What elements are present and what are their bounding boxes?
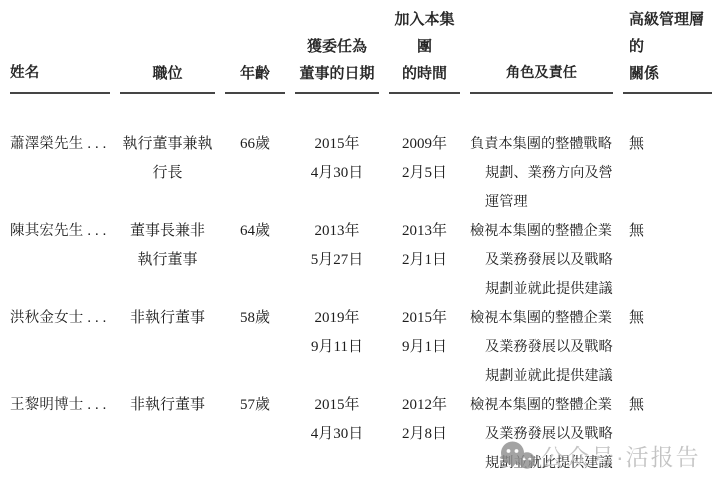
cell-relationship: 無	[623, 130, 712, 159]
cell-relationship: 無	[623, 304, 712, 333]
cell-role: 檢視本集團的整體企業 及業務發展以及戰略 規劃並就此提供建議	[470, 391, 613, 478]
table-header: 姓名 職位 年齡 獲委任為 董事的日期 加入本集團 的時間 角色及責任 與其他董…	[0, 10, 728, 94]
document-page: 姓名 職位 年齡 獲委任為 董事的日期 加入本集團 的時間 角色及責任 與其他董…	[0, 0, 728, 486]
cell-role: 負責本集團的整體戰略 規劃、業務方向及營 運管理	[470, 130, 613, 217]
cell-appointed-date: 2015年 4月30日	[295, 391, 379, 449]
table-row: 王黎明博士 . . . 非執行董事 57歲 2015年 4月30日 2012年 …	[0, 391, 728, 478]
cell-appointed-date: 2013年 5月27日	[295, 217, 379, 275]
column-header-relationship: 與其他董事及 高級管理層的 關係	[623, 10, 712, 94]
cell-age: 57歲	[225, 391, 285, 420]
cell-position: 非執行董事	[120, 391, 215, 420]
cell-joined-date: 2009年 2月5日	[389, 130, 460, 188]
cell-director-name: 陳其宏先生 . . .	[10, 217, 110, 246]
cell-joined-date: 2015年 9月1日	[389, 304, 460, 362]
column-header-joined-date: 加入本集團 的時間	[389, 10, 460, 94]
cell-appointed-date: 2015年 4月30日	[295, 130, 379, 188]
cell-director-name: 洪秋金女士 . . .	[10, 304, 110, 333]
cell-role: 檢視本集團的整體企業 及業務發展以及戰略 規劃並就此提供建議	[470, 304, 613, 391]
column-header-role: 角色及責任	[470, 10, 613, 94]
table-row: 蕭澤榮先生 . . . 執行董事兼執 行長 66歲 2015年 4月30日 20…	[0, 130, 728, 217]
table-body: 蕭澤榮先生 . . . 執行董事兼執 行長 66歲 2015年 4月30日 20…	[0, 130, 728, 478]
cell-joined-date: 2012年 2月8日	[389, 391, 460, 449]
table-row: 陳其宏先生 . . . 董事長兼非 執行董事 64歲 2013年 5月27日 2…	[0, 217, 728, 304]
cell-appointed-date: 2019年 9月11日	[295, 304, 379, 362]
cell-position: 董事長兼非 執行董事	[120, 217, 215, 275]
cell-age: 64歲	[225, 217, 285, 246]
table-row: 洪秋金女士 . . . 非執行董事 58歲 2019年 9月11日 2015年 …	[0, 304, 728, 391]
cell-age: 58歲	[225, 304, 285, 333]
cell-director-name: 蕭澤榮先生 . . .	[10, 130, 110, 159]
column-header-appointed-date: 獲委任為 董事的日期	[295, 10, 379, 94]
column-header-position: 職位	[120, 10, 215, 94]
cell-relationship: 無	[623, 391, 712, 420]
cell-director-name: 王黎明博士 . . .	[10, 391, 110, 420]
cell-relationship: 無	[623, 217, 712, 246]
cell-joined-date: 2013年 2月1日	[389, 217, 460, 275]
cell-position: 非執行董事	[120, 304, 215, 333]
column-header-name: 姓名	[10, 10, 110, 94]
cell-role: 檢視本集團的整體企業 及業務發展以及戰略 規劃並就此提供建議	[470, 217, 613, 304]
cell-position: 執行董事兼執 行長	[120, 130, 215, 188]
cell-age: 66歲	[225, 130, 285, 159]
column-header-age: 年齡	[225, 10, 285, 94]
